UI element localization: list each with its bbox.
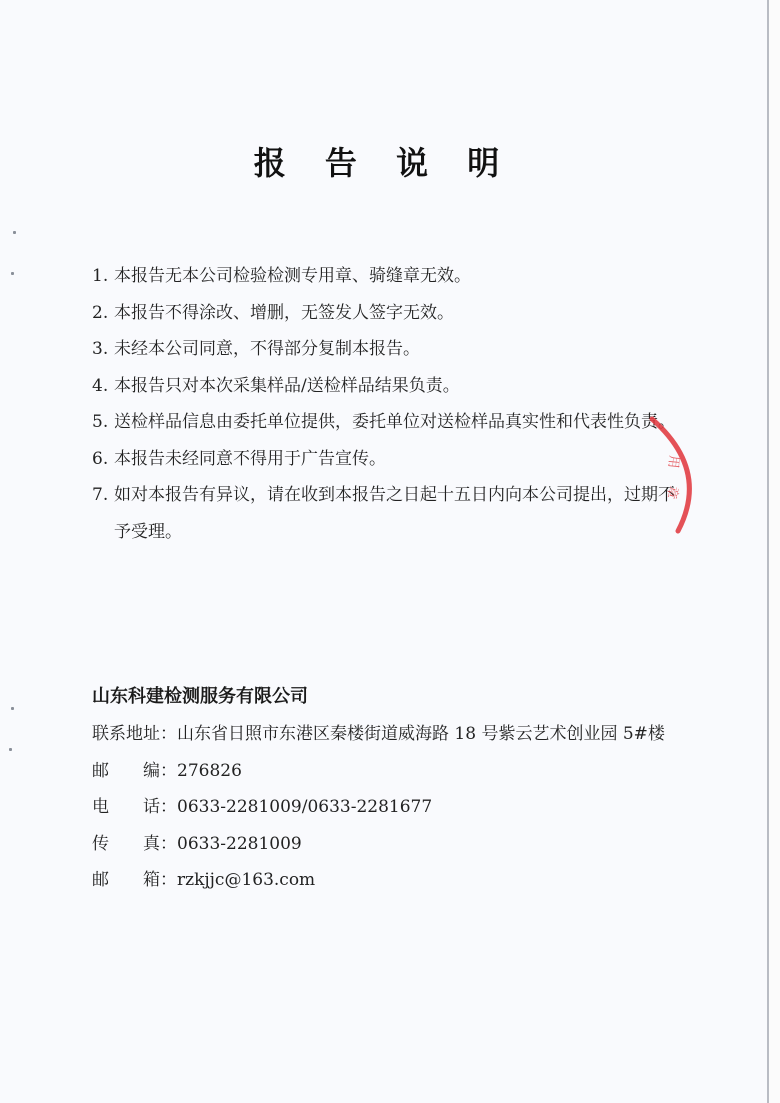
- note-number: 2.: [92, 295, 114, 332]
- scan-speck: [13, 231, 16, 234]
- postcode-row: 邮编：276826: [92, 753, 732, 790]
- scan-speck: [9, 748, 12, 751]
- postcode-value: 276826: [177, 761, 242, 781]
- email-label-2: 箱：: [143, 870, 177, 890]
- note-number: 4.: [92, 368, 114, 405]
- note-number: 3.: [92, 331, 114, 368]
- phone-row: 电话：0633-2281009/0633-2281677: [92, 789, 732, 826]
- note-text: 未经本公司同意，不得部分复制本报告。: [114, 339, 420, 359]
- scan-speck: [11, 272, 14, 275]
- email-label-1: 邮: [92, 862, 143, 899]
- note-item-3: 3.未经本公司同意，不得部分复制本报告。: [92, 331, 732, 368]
- email-row: 邮箱：rzkjjc@163.com: [92, 862, 732, 899]
- note-number: 1.: [92, 258, 114, 295]
- phone-label-2: 话：: [143, 797, 177, 817]
- email-value: rzkjjc@163.com: [177, 870, 315, 890]
- note-item-5: 5.送检样品信息由委托单位提供，委托单位对送检样品真实性和代表性负责。: [92, 404, 732, 441]
- notes-list: 1.本报告无本公司检验检测专用章、骑缝章无效。 2.本报告不得涂改、增删，无签发…: [92, 258, 732, 550]
- note-item-2: 2.本报告不得涂改、增删，无签发人签字无效。: [92, 295, 732, 332]
- fax-row: 传真：0633-2281009: [92, 826, 732, 863]
- address-value: 山东省日照市东港区秦楼街道威海路 18 号紫云艺术创业园 5#楼: [177, 724, 665, 744]
- address-row: 联系地址：山东省日照市东港区秦楼街道威海路 18 号紫云艺术创业园 5#楼: [92, 716, 732, 753]
- note-text: 送检样品信息由委托单位提供，委托单位对送检样品真实性和代表性负责。: [114, 412, 675, 432]
- note-number: 5.: [92, 404, 114, 441]
- note-number: 7.: [92, 477, 114, 514]
- note-text: 本报告无本公司检验检测专用章、骑缝章无效。: [114, 266, 471, 286]
- page-margin-background: [769, 0, 780, 1103]
- fax-value: 0633-2281009: [177, 834, 302, 854]
- address-label: 联系地址：: [92, 716, 177, 753]
- scan-speck: [11, 707, 14, 710]
- note-item-7: 7.如对本报告有异议，请在收到本报告之日起十五日内向本公司提出，过期不: [92, 477, 732, 514]
- postcode-label-1: 邮: [92, 753, 143, 790]
- postcode-label-2: 编：: [143, 761, 177, 781]
- fax-label-1: 传: [92, 826, 143, 863]
- note-number: 6.: [92, 441, 114, 478]
- svg-text:章: 章: [663, 484, 682, 501]
- note-text: 如对本报告有异议，请在收到本报告之日起十五日内向本公司提出，过期不: [114, 485, 675, 505]
- note-item-4: 4.本报告只对本次采集样品/送检样品结果负责。: [92, 368, 732, 405]
- note-item-6: 6.本报告未经同意不得用于广告宣传。: [92, 441, 732, 478]
- note-item-7-continuation: 予受理。: [92, 514, 732, 551]
- svg-text:用: 用: [665, 455, 681, 469]
- company-name: 山东科建检测服务有限公司: [92, 682, 308, 708]
- document-page: 报 告 说 明 1.本报告无本公司检验检测专用章、骑缝章无效。 2.本报告不得涂…: [0, 0, 769, 1103]
- note-text: 本报告只对本次采集样品/送检样品结果负责。: [114, 376, 460, 396]
- fax-label-2: 真：: [143, 834, 177, 854]
- note-item-1: 1.本报告无本公司检验检测专用章、骑缝章无效。: [92, 258, 732, 295]
- phone-value: 0633-2281009/0633-2281677: [177, 797, 432, 817]
- note-text: 本报告不得涂改、增删，无签发人签字无效。: [114, 303, 454, 323]
- note-text: 本报告未经同意不得用于广告宣传。: [114, 449, 386, 469]
- phone-label-1: 电: [92, 789, 143, 826]
- contact-info: 联系地址：山东省日照市东港区秦楼街道威海路 18 号紫云艺术创业园 5#楼 邮编…: [92, 716, 732, 899]
- page-title: 报 告 说 明: [0, 138, 767, 184]
- seal-stamp-icon: 用 章: [640, 415, 710, 535]
